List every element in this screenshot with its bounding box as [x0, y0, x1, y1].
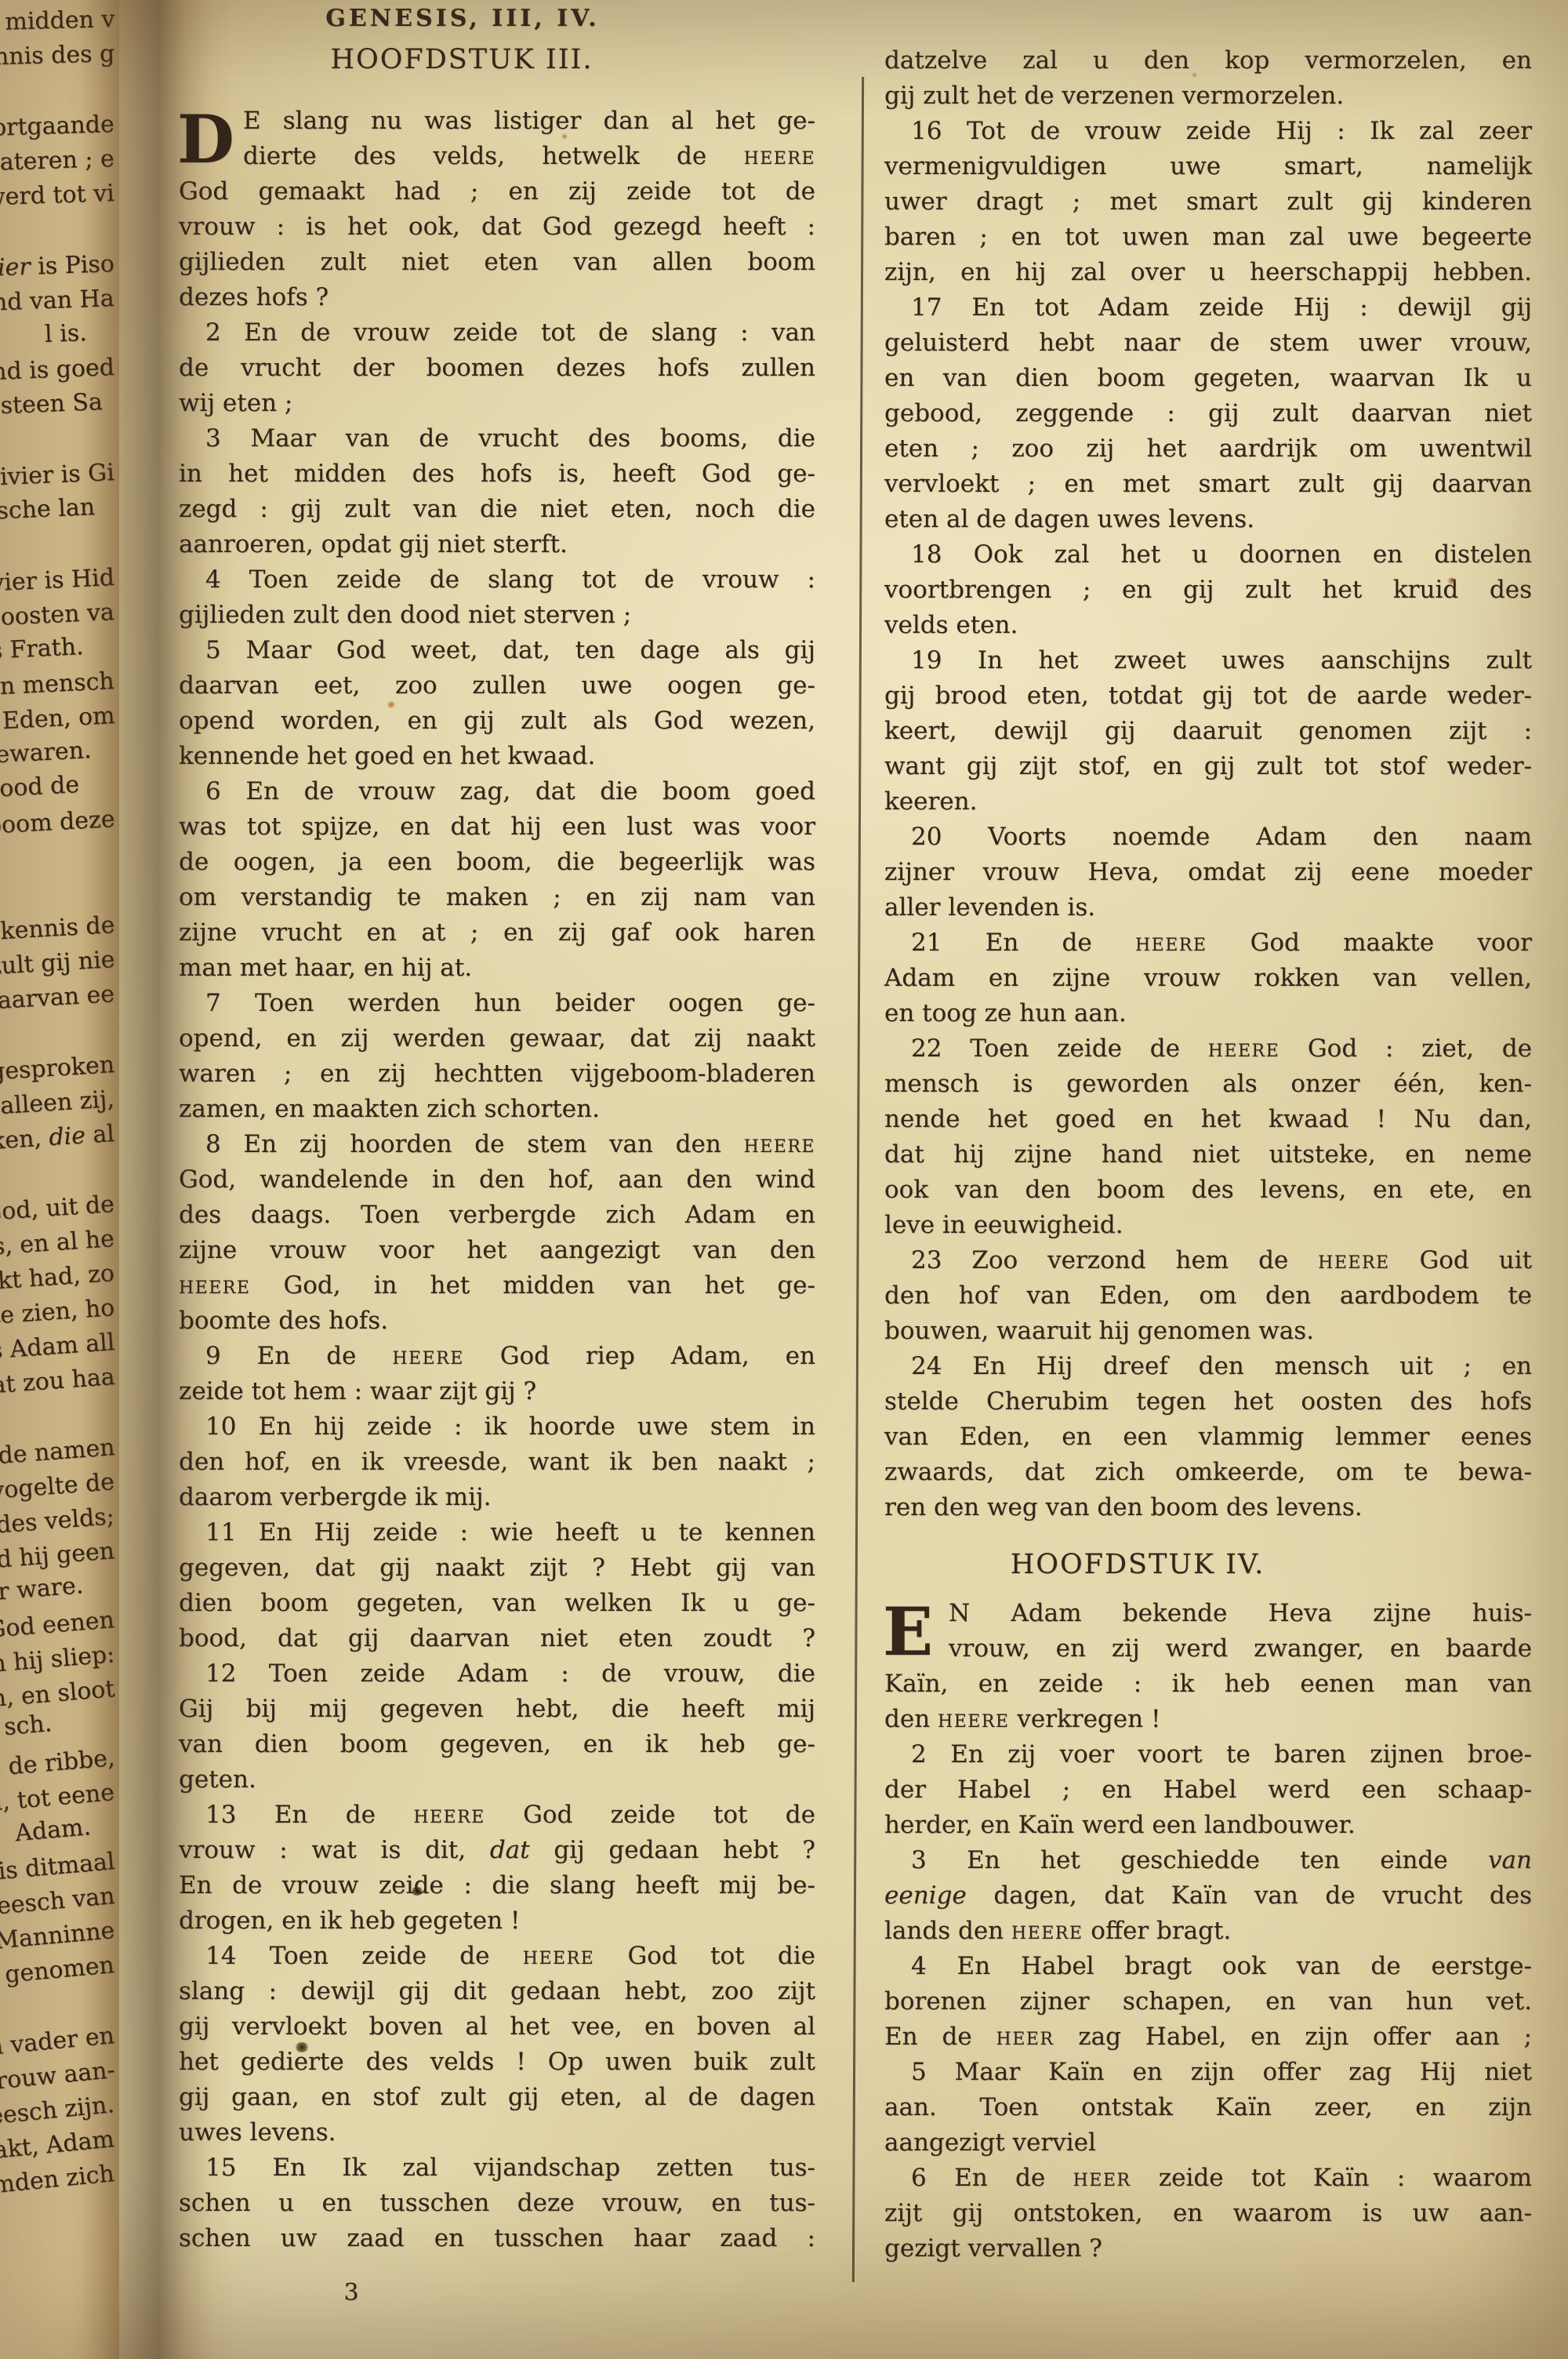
photo-vignette [0, 0, 1568, 2359]
book-photo: { "header": { "title": "GENESIS, III, IV… [0, 0, 1568, 2359]
